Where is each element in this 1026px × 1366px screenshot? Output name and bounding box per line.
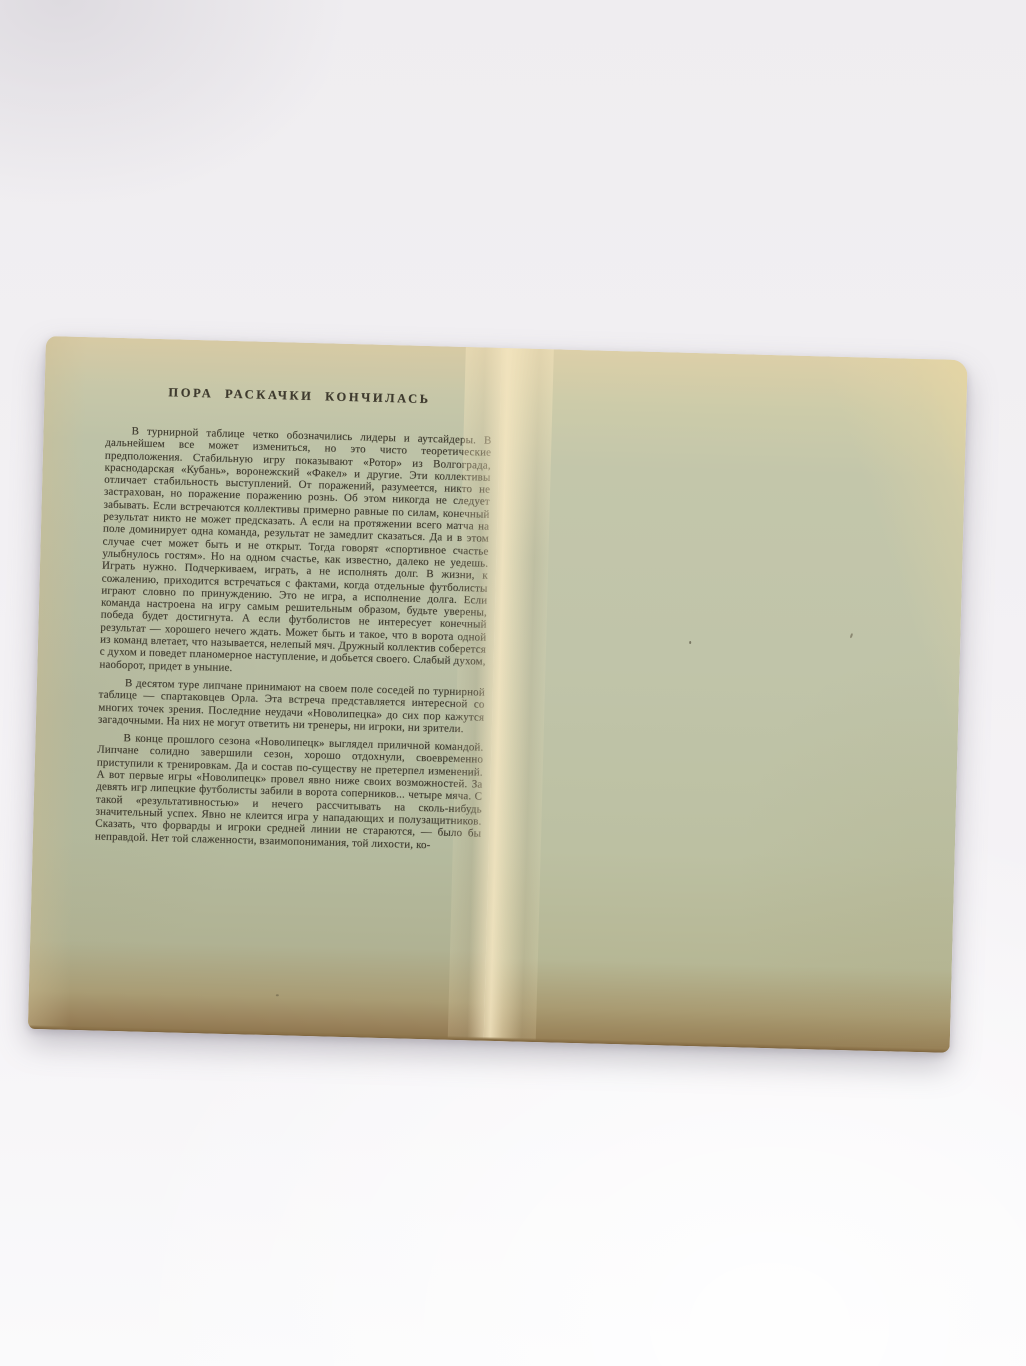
photo-background: ПОРА РАСКАЧКИ КОНЧИЛАСЬ В турнирной табл… [0, 0, 1026, 1366]
page-title: ПОРА РАСКАЧКИ КОНЧИЛАСЬ [106, 384, 492, 409]
paper-speck [276, 994, 279, 996]
left-paragraph-2: В десятом туре липчане принимают на свое… [98, 676, 485, 735]
left-paragraph-1: В турнирной таблице четко обозначились л… [99, 425, 491, 681]
left-page: ПОРА РАСКАЧКИ КОНЧИЛАСЬ В турнирной табл… [28, 336, 502, 1041]
booklet-spread: ПОРА РАСКАЧКИ КОНЧИЛАСЬ В турнирной табл… [28, 336, 968, 1053]
left-page-text-column: ПОРА РАСКАЧКИ КОНЧИЛАСЬ В турнирной табл… [95, 384, 493, 859]
right-page: торые отличали липчан в прошлом, — вот в… [484, 348, 968, 1053]
left-paragraph-3: В конце прошлого сезона «Новолипецк» выг… [95, 732, 484, 853]
center-fold [448, 347, 554, 1042]
